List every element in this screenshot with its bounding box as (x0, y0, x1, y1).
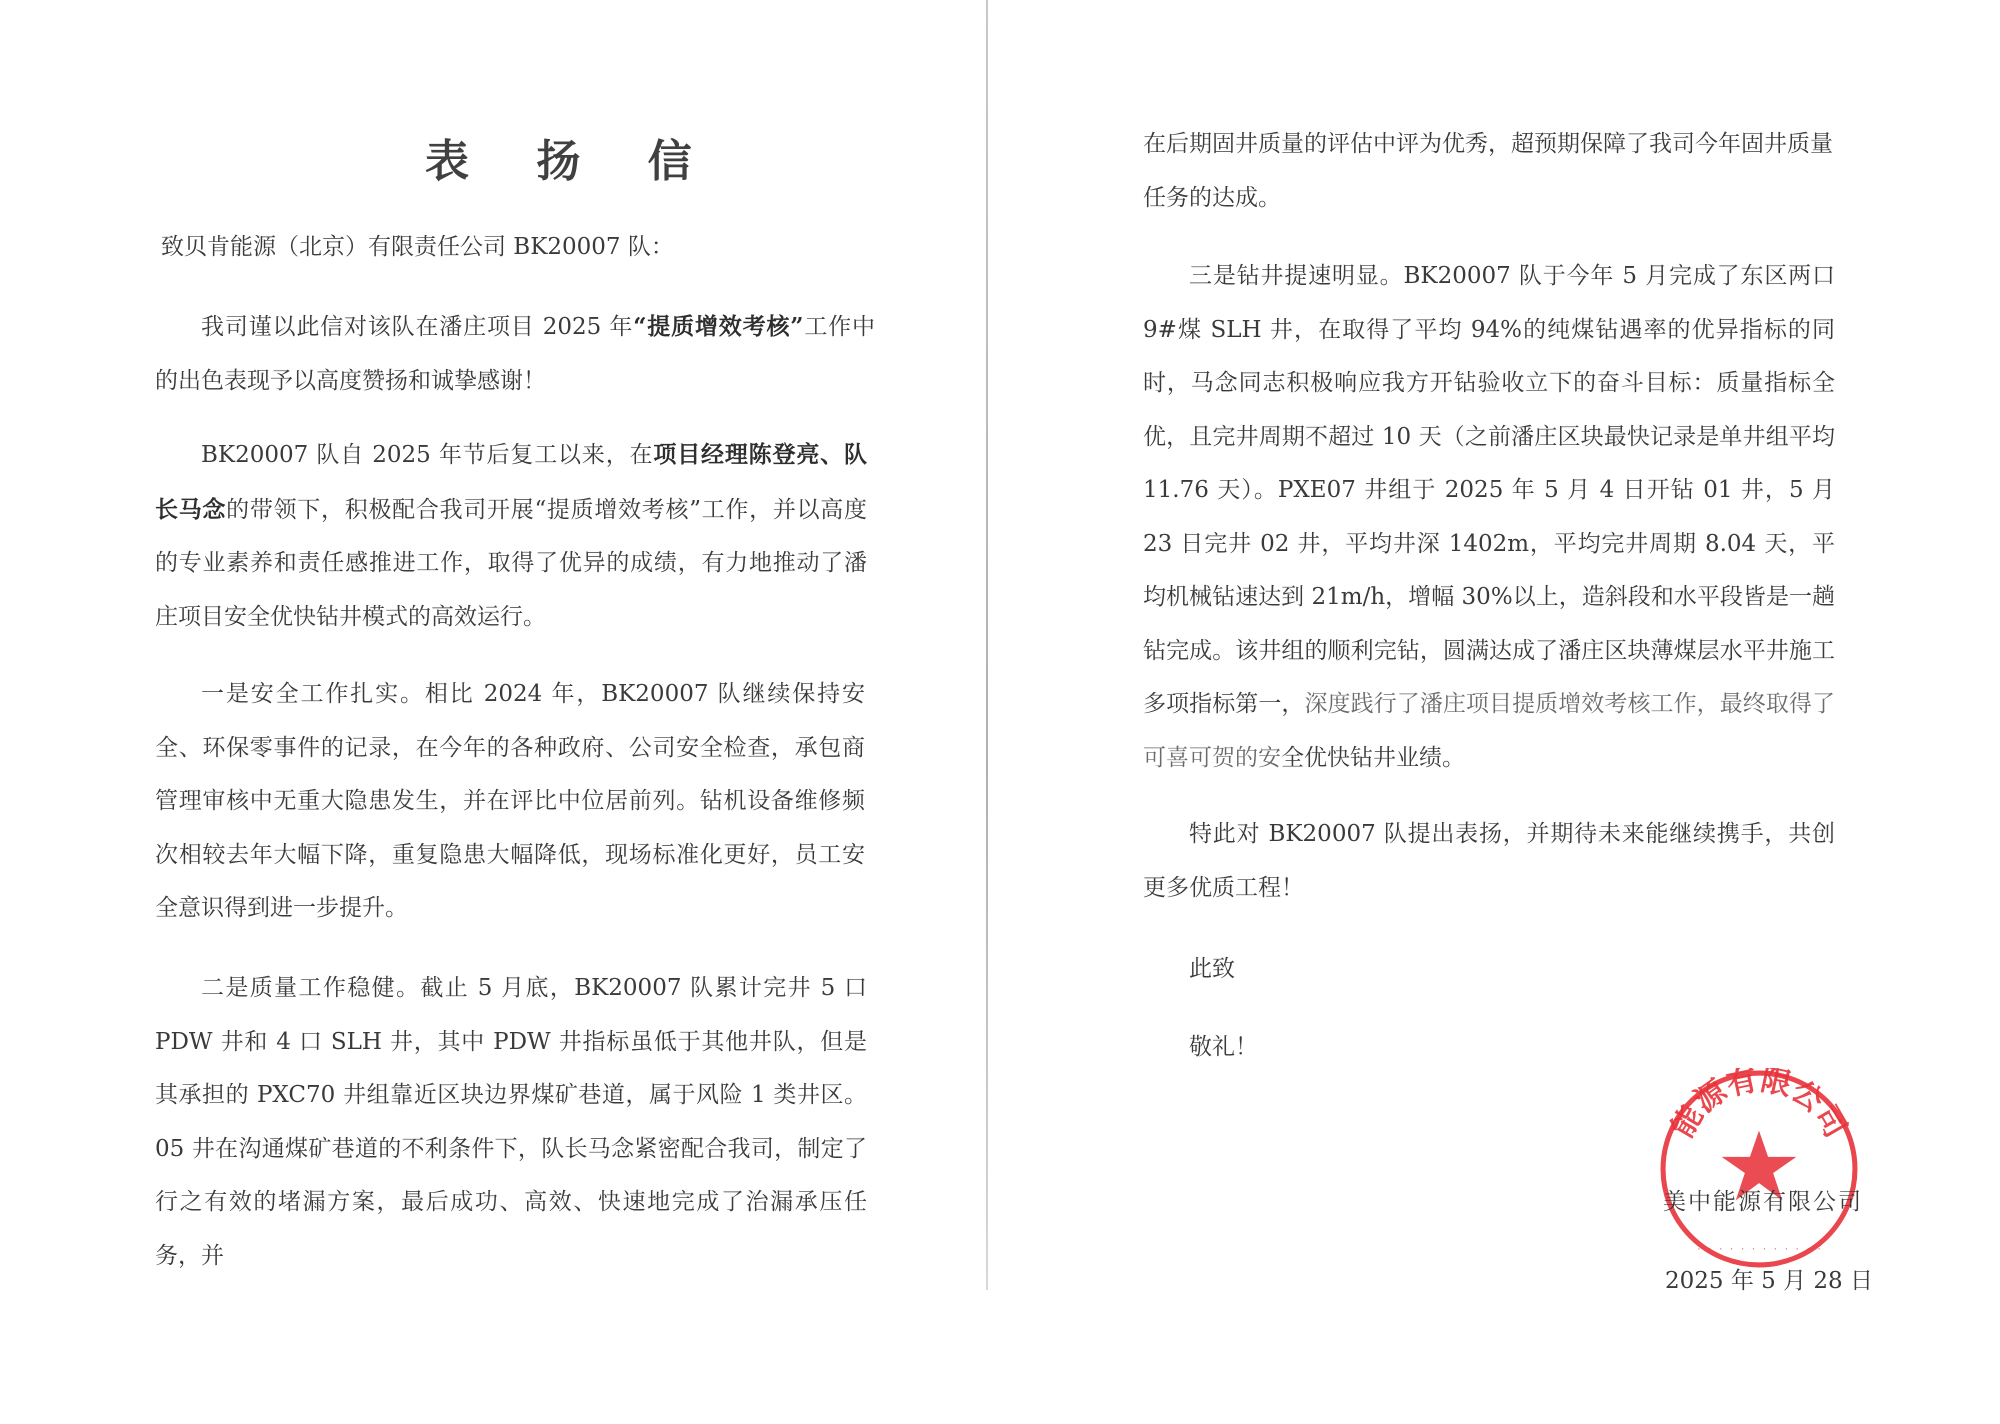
company-seal-icon: 能源有限公司 · · · · · · · · · · · · (1658, 1068, 1860, 1270)
intro-text: 我司谨以此信对该队在潘庄项目 2025 年 (201, 314, 633, 340)
leadership-text: BK20007 队自 2025 年节后复工以来，在 (201, 442, 653, 468)
letter-title: 表 扬 信 (425, 125, 718, 189)
leadership-paragraph: BK20007 队自 2025 年节后复工以来，在项目经理陈登亮、队长马念的带领… (155, 428, 867, 644)
point-three-paragraph: 三是钻井提速明显。BK20007 队于今年 5 月完成了东区两口 9#煤 SLH… (1143, 250, 1835, 785)
signature-company: 美中能源有限公司 (1663, 1183, 1863, 1216)
point-three-text: 三是钻井提速明显。BK20007 队于今年 5 月完成了东区两口 9#煤 SLH… (1143, 263, 1835, 717)
conclusion-paragraph: 特此对 BK20007 队提出表扬，并期待未来能继续携手，共创更多优质工程！ (1143, 808, 1835, 915)
svg-text:· · · · · · · · · · · ·: · · · · · · · · · · · · (1696, 1245, 1822, 1255)
closing-cizhi: 此致 (1189, 950, 1235, 983)
salutation: 致贝肯能源（北京）有限责任公司 BK20007 队： (161, 228, 674, 261)
point-three-text-end: 全优快钻井业绩。 (1281, 745, 1465, 771)
intro-paragraph: 我司谨以此信对该队在潘庄项目 2025 年“提质增效考核”工作中的出色表现予以高… (155, 300, 875, 408)
intro-emphasis: “提质增效考核” (633, 313, 803, 340)
point-one-paragraph: 一是安全工作扎实。相比 2024 年，BK20007 队继续保持安全、环保零事件… (155, 668, 865, 936)
leadership-text-end: 的带领下，积极配合我司开展“提质增效考核”工作，并以高度的专业素养和责任感推进工… (155, 497, 867, 630)
page-divider (986, 0, 988, 1290)
point-two-continued: 在后期固井质量的评估中评为优秀，超预期保障了我司今年固井质量任务的达成。 (1143, 118, 1833, 225)
signature-date: 2025 年 5 月 28 日 (1665, 1262, 1873, 1295)
closing-jingli: 敬礼！ (1189, 1028, 1258, 1061)
point-two-paragraph: 二是质量工作稳健。截止 5 月底，BK20007 队累计完井 5 口 PDW 井… (155, 962, 867, 1283)
